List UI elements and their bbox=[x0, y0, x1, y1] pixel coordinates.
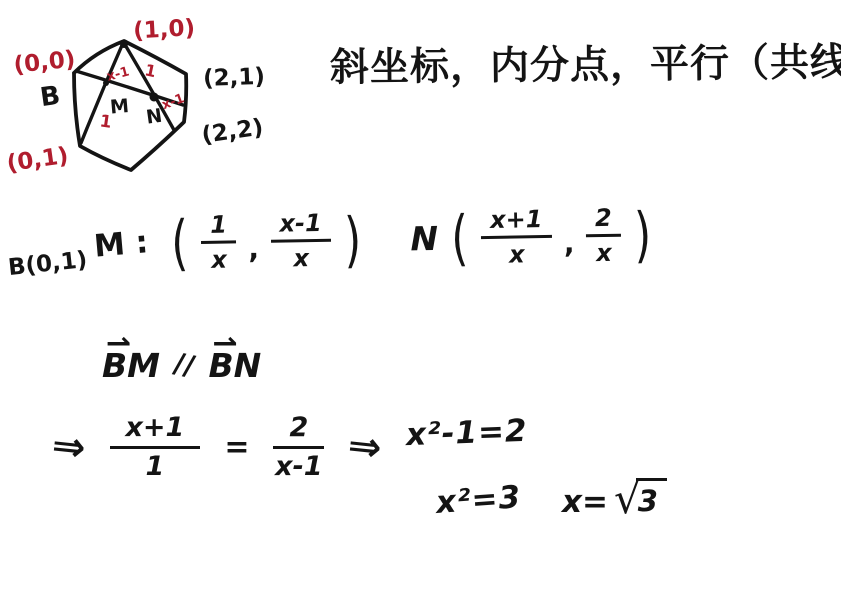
m-label: M : bbox=[93, 224, 150, 265]
parallel-vectors-line: ⇀ BM // ⇀ BN bbox=[102, 338, 261, 385]
vertex-label-bottom-left: (0,1) bbox=[5, 143, 70, 177]
point-n-dot bbox=[150, 93, 159, 102]
equation-x2-minus-1: x²-1=2 bbox=[405, 413, 528, 453]
m-x-denominator: x bbox=[211, 244, 227, 274]
equation-row: ⇒ x+1 1 = 2 x-1 ⇒ x²-1=2 bbox=[52, 412, 527, 482]
m-y-fraction: x-1 x bbox=[270, 209, 331, 273]
n-x-denominator: x bbox=[509, 238, 525, 268]
vector-arrow-icon: ⇀ bbox=[106, 326, 131, 361]
n-y-numerator: 2 bbox=[586, 204, 621, 238]
vertex-label-top-left: (0,0) bbox=[12, 46, 76, 78]
x-equals-text: x= bbox=[562, 484, 608, 520]
left-ratio-numerator: x+1 bbox=[110, 412, 201, 449]
segment-mark-nr: x-1 bbox=[160, 91, 187, 113]
n-label: N bbox=[410, 219, 438, 258]
comma: , bbox=[248, 232, 259, 265]
right-ratio-fraction: 2 x-1 bbox=[273, 412, 324, 482]
left-ratio-fraction: x+1 1 bbox=[110, 412, 201, 482]
implies-arrow: ⇒ bbox=[346, 422, 384, 471]
n-y-fraction: 2 x bbox=[586, 204, 622, 268]
vertex-label-right-upper: (2,1) bbox=[203, 64, 266, 92]
equation-x-equals-sqrt3: x= √ 3 bbox=[562, 478, 667, 520]
parallel-sign: // bbox=[171, 346, 198, 383]
left-ratio-denominator: 1 bbox=[146, 449, 165, 482]
equals-sign: = bbox=[224, 430, 249, 465]
m-y-numerator: x-1 bbox=[270, 209, 331, 243]
apex-point-dot bbox=[120, 40, 128, 48]
vector-bn: ⇀ BN bbox=[208, 338, 261, 385]
segment-mark-an: 1 bbox=[143, 60, 158, 81]
right-ratio-numerator: 2 bbox=[273, 412, 324, 449]
segment-mark-am: x-1 bbox=[105, 64, 131, 84]
close-paren: ) bbox=[634, 208, 652, 262]
n-y-denominator: x bbox=[596, 237, 612, 267]
m-y-denominator: x bbox=[293, 242, 309, 272]
mn-coordinates-line: M : ( 1 x , x-1 x ) N ( x+1 x , 2 x ) bbox=[93, 203, 654, 276]
implies-arrow: ⇒ bbox=[50, 422, 88, 471]
point-label-b: B bbox=[38, 81, 62, 113]
n-x-fraction: x+1 x bbox=[481, 205, 552, 269]
n-x-numerator: x+1 bbox=[481, 205, 552, 239]
vertex-label-apex: (1,0) bbox=[133, 15, 196, 44]
right-ratio-denominator: x-1 bbox=[275, 449, 322, 482]
topic-heading: 斜坐标，内分点，平行（共线） bbox=[330, 31, 831, 92]
m-x-numerator: 1 bbox=[201, 210, 236, 244]
hexagon-figure: (0,0) (1,0) (0,1) (2,1) (2,2) B M N x-1 … bbox=[0, 0, 300, 200]
equation-x2-equals-3: x²=3 bbox=[435, 479, 522, 521]
segment-mark-mb: 1 bbox=[98, 111, 113, 132]
vector-arrow-icon: ⇀ bbox=[212, 326, 237, 361]
vector-bm: ⇀ BM bbox=[102, 338, 160, 385]
close-paren: ) bbox=[344, 213, 362, 267]
point-label-n: N bbox=[145, 105, 164, 129]
vertex-label-right-lower: (2,2) bbox=[200, 115, 265, 149]
comma: , bbox=[564, 227, 575, 260]
b-coordinate-note: B(0,1) bbox=[7, 247, 89, 281]
handwritten-note-page: (0,0) (1,0) (0,1) (2,1) (2,2) B M N x-1 … bbox=[0, 0, 841, 595]
open-paren: ( bbox=[451, 211, 469, 265]
m-x-fraction: 1 x bbox=[201, 210, 237, 274]
radicand: 3 bbox=[636, 478, 667, 518]
open-paren: ( bbox=[171, 216, 189, 270]
